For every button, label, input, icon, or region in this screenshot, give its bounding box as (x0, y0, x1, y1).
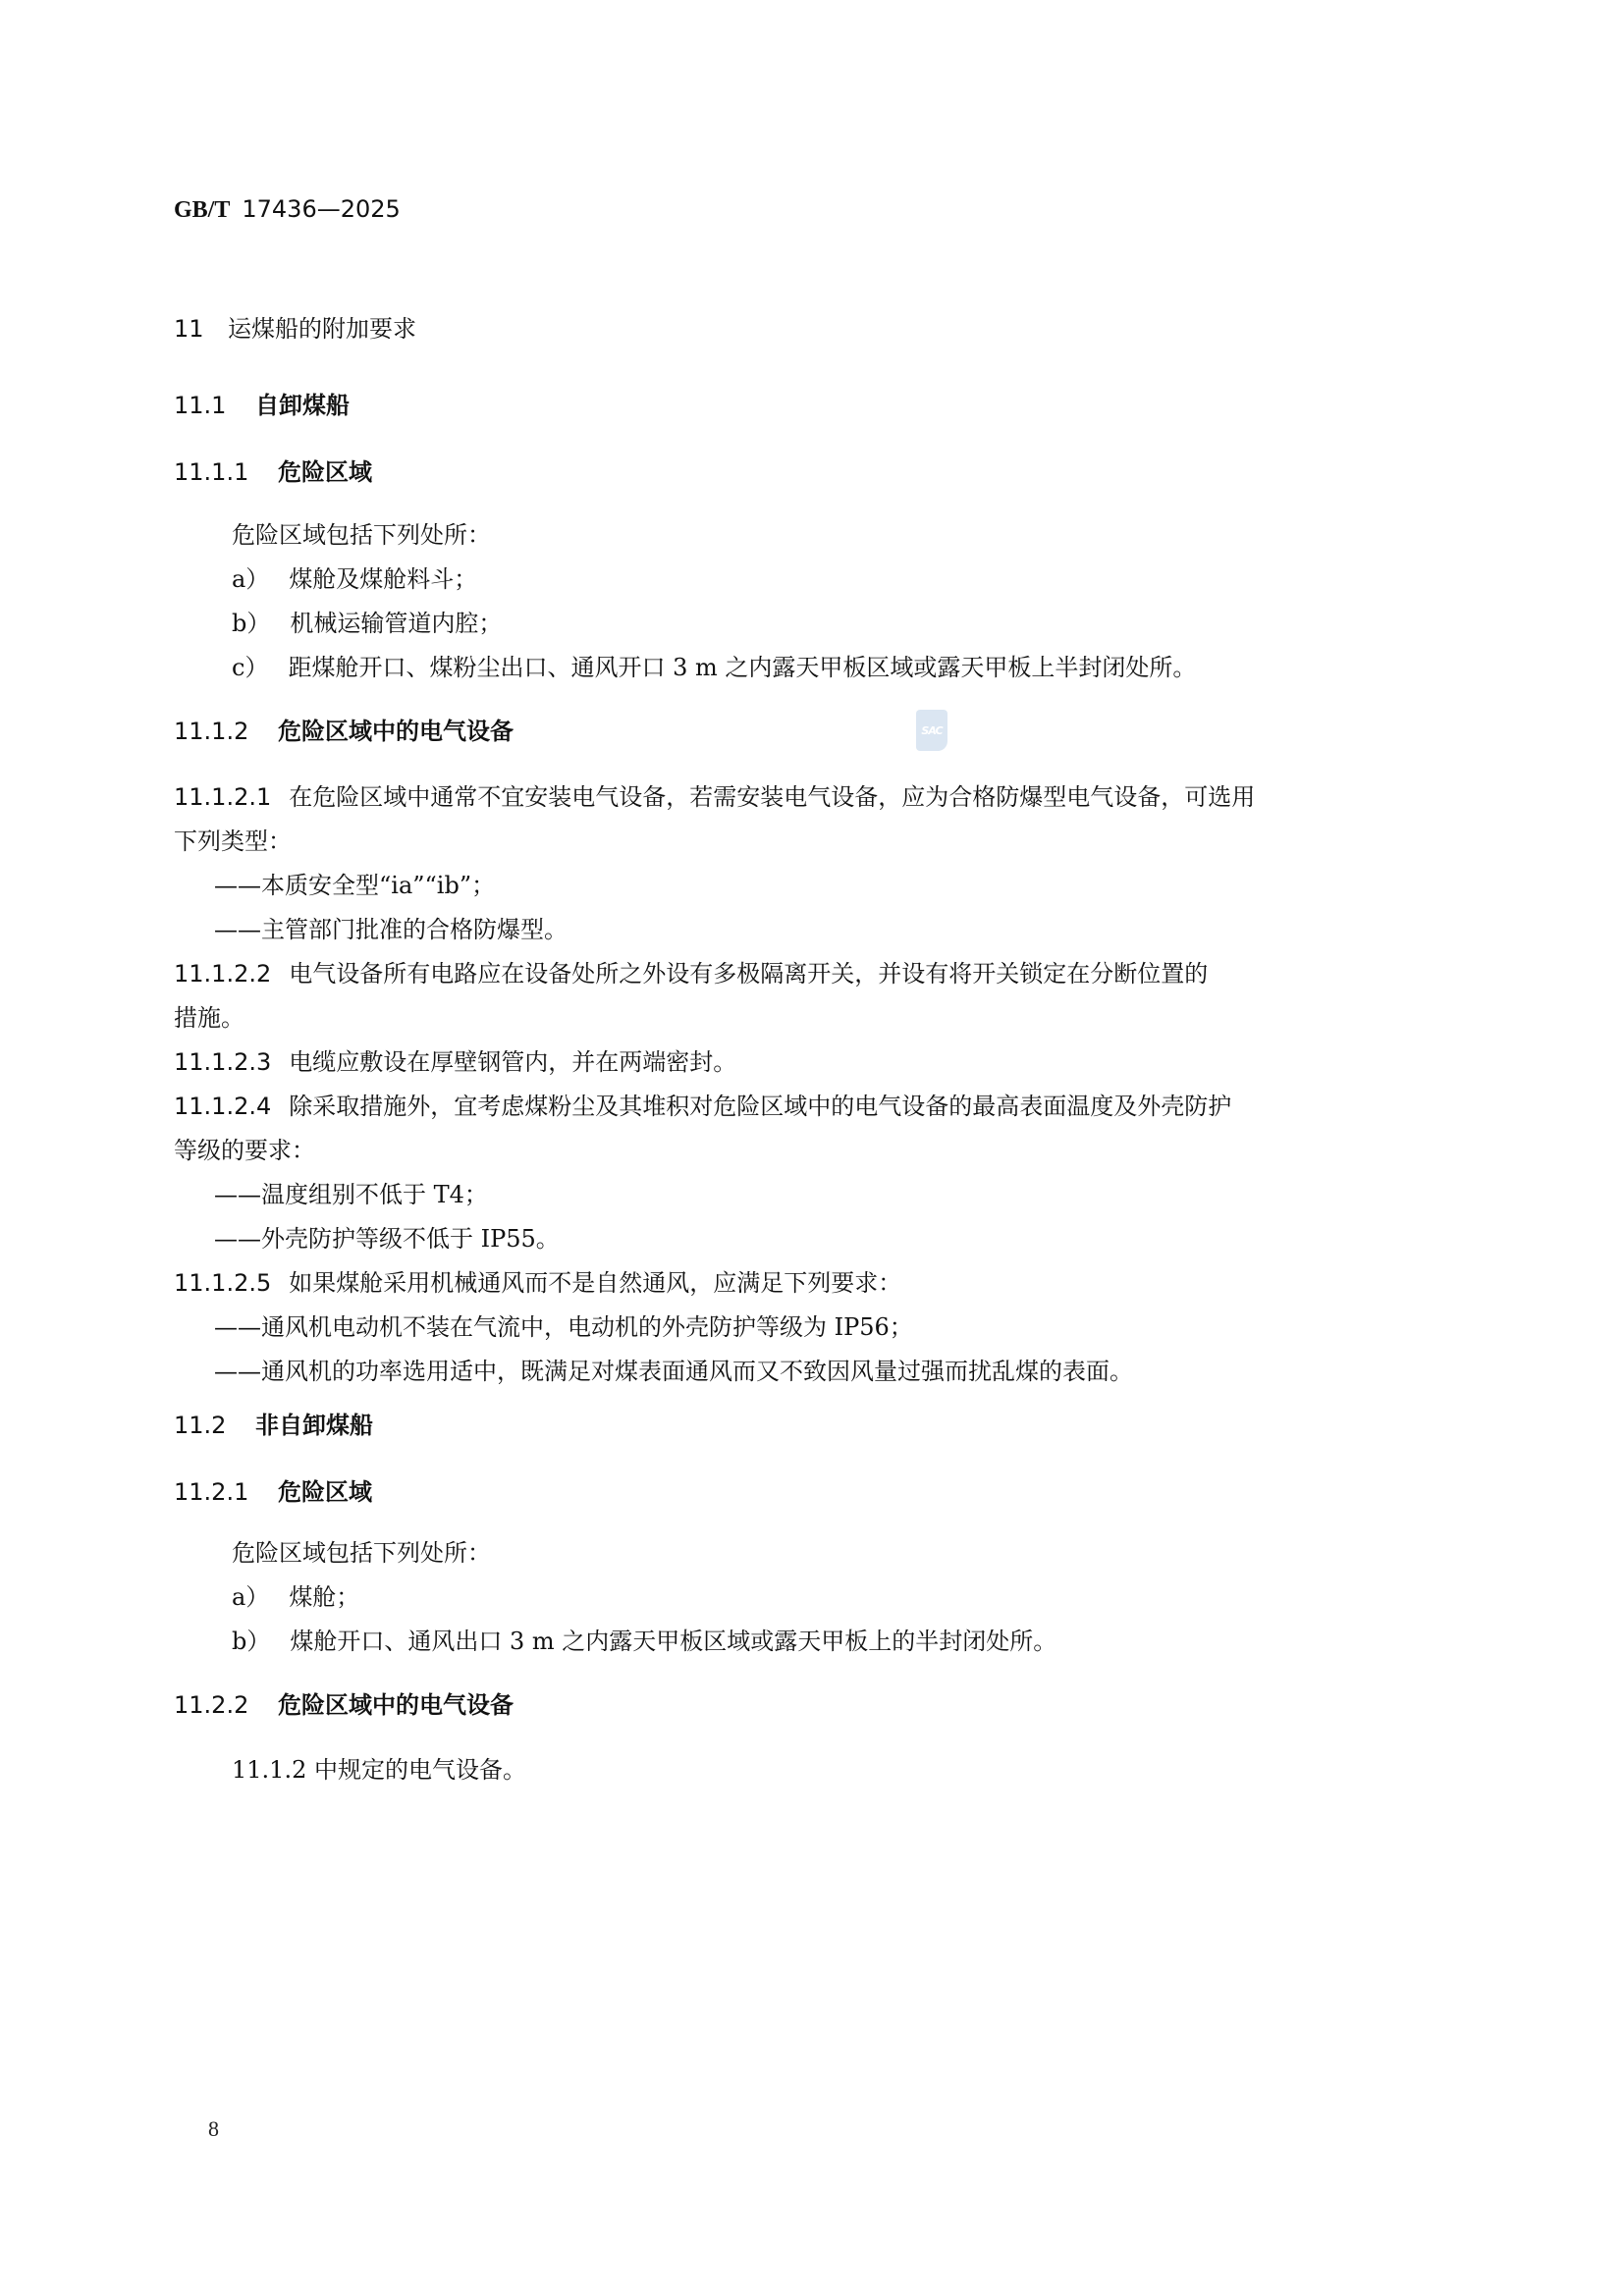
standard-prefix: GB/T (174, 197, 230, 223)
section-heading-11: 11运煤船的附加要求 (174, 314, 416, 344)
clause-number: 11.1.2.1 (174, 783, 271, 811)
paragraph-intro: 危险区域包括下列处所： (232, 1538, 491, 1568)
clause-text: 电缆应敷设在厚壁钢管内，并在两端密封。 (289, 1048, 736, 1076)
section-title: 运煤船的附加要求 (228, 315, 416, 343)
clause-number: 11.1.2.5 (174, 1269, 271, 1297)
standard-number: 17436—2025 (242, 195, 400, 223)
section-title: 危险区域 (278, 458, 372, 486)
dash-item: ——温度组别不低于 T4； (214, 1180, 488, 1209)
clause-continuation: 下列类型： (174, 827, 292, 856)
list-marker: b） (232, 610, 270, 637)
dash-item: ——本质安全型“ia”“ib”； (214, 871, 495, 900)
section-number: 11.1.1 (174, 457, 278, 487)
section-number: 11.2.1 (174, 1477, 278, 1507)
list-text: 煤舱及煤舱料斗； (289, 565, 477, 593)
section-number: 11.2 (174, 1411, 255, 1440)
clause-11-1-2-5: 11.1.2.5如果煤舱采用机械通风而不是自然通风，应满足下列要求： (174, 1268, 901, 1298)
section-heading-11-2-2: 11.2.2危险区域中的电气设备 (174, 1690, 514, 1720)
dash-item: ——主管部门批准的合格防爆型。 (214, 915, 568, 944)
dash-item: ——外壳防护等级不低于 IP55。 (214, 1224, 560, 1254)
clause-number: 11.1.2.3 (174, 1048, 271, 1076)
paragraph-text: 11.1.2 中规定的电气设备。 (232, 1755, 526, 1785)
list-marker: a） (232, 565, 269, 593)
dash-item: ——通风机的功率选用适中，既满足对煤表面通风而又不致因风量过强而扰乱煤的表面。 (214, 1357, 1133, 1386)
list-text: 距煤舱开口、煤粉尘出口、通风开口 3 m 之内露天甲板区域或露天甲板上半封闭处所… (288, 654, 1196, 681)
clause-text: 如果煤舱采用机械通风而不是自然通风，应满足下列要求： (289, 1269, 901, 1297)
list-marker: c） (232, 654, 268, 681)
clause-text: 在危险区域中通常不宜安装电气设备，若需安装电气设备，应为合格防爆型电气设备，可选… (289, 783, 1255, 811)
section-number: 11.1 (174, 391, 255, 420)
document-header: GB/T17436—2025 (174, 194, 401, 225)
sac-watermark-icon: SAC (916, 710, 947, 751)
list-text: 机械运输管道内腔； (290, 610, 502, 637)
clause-11-1-2-2: 11.1.2.2电气设备所有电路应在设备处所之外设有多极隔离开关，并设有将开关锁… (174, 959, 1208, 988)
dash-item: ——通风机电动机不装在气流中，电动机的外壳防护等级为 IP56； (214, 1312, 913, 1342)
list-item: c）距煤舱开口、煤粉尘出口、通风开口 3 m 之内露天甲板区域或露天甲板上半封闭… (232, 653, 1196, 682)
section-title: 危险区域 (278, 1478, 372, 1506)
list-text: 煤舱； (289, 1583, 359, 1611)
list-item: b）煤舱开口、通风出口 3 m 之内露天甲板区域或露天甲板上的半封闭处所。 (232, 1627, 1056, 1656)
list-marker: b） (232, 1628, 270, 1655)
clause-text: 电气设备所有电路应在设备处所之外设有多极隔离开关，并设有将开关锁定在分断位置的 (289, 960, 1208, 988)
list-item: a）煤舱； (232, 1582, 359, 1612)
section-heading-11-1: 11.1自卸煤船 (174, 391, 350, 420)
clause-number: 11.1.2.2 (174, 960, 271, 988)
list-marker: a） (232, 1583, 269, 1611)
list-item: a）煤舱及煤舱料斗； (232, 564, 477, 594)
section-heading-11-2: 11.2非自卸煤船 (174, 1411, 373, 1440)
clause-11-1-2-4: 11.1.2.4除采取措施外，宜考虑煤粉尘及其堆积对危险区域中的电气设备的最高表… (174, 1092, 1231, 1121)
section-heading-11-1-1: 11.1.1危险区域 (174, 457, 372, 487)
section-number: 11 (174, 314, 228, 344)
section-heading-11-1-2: 11.1.2危险区域中的电气设备 (174, 717, 514, 746)
section-title: 危险区域中的电气设备 (278, 1691, 514, 1719)
list-text: 煤舱开口、通风出口 3 m 之内露天甲板区域或露天甲板上的半封闭处所。 (290, 1628, 1056, 1655)
clause-11-1-2-3: 11.1.2.3电缆应敷设在厚壁钢管内，并在两端密封。 (174, 1047, 736, 1077)
clause-continuation: 措施。 (174, 1003, 244, 1033)
page-number: 8 (208, 2116, 219, 2142)
list-item: b）机械运输管道内腔； (232, 609, 502, 638)
section-title: 危险区域中的电气设备 (278, 718, 514, 745)
clause-text: 除采取措施外，宜考虑煤粉尘及其堆积对危险区域中的电气设备的最高表面温度及外壳防护 (289, 1093, 1231, 1120)
section-heading-11-2-1: 11.2.1危险区域 (174, 1477, 372, 1507)
clause-number: 11.1.2.4 (174, 1093, 271, 1120)
section-title: 自卸煤船 (255, 392, 350, 419)
clause-11-1-2-1: 11.1.2.1在危险区域中通常不宜安装电气设备，若需安装电气设备，应为合格防爆… (174, 782, 1255, 812)
section-number: 11.1.2 (174, 717, 278, 746)
section-number: 11.2.2 (174, 1690, 278, 1720)
clause-continuation: 等级的要求： (174, 1136, 315, 1165)
section-title: 非自卸煤船 (255, 1412, 373, 1439)
paragraph-intro: 危险区域包括下列处所： (232, 520, 491, 550)
